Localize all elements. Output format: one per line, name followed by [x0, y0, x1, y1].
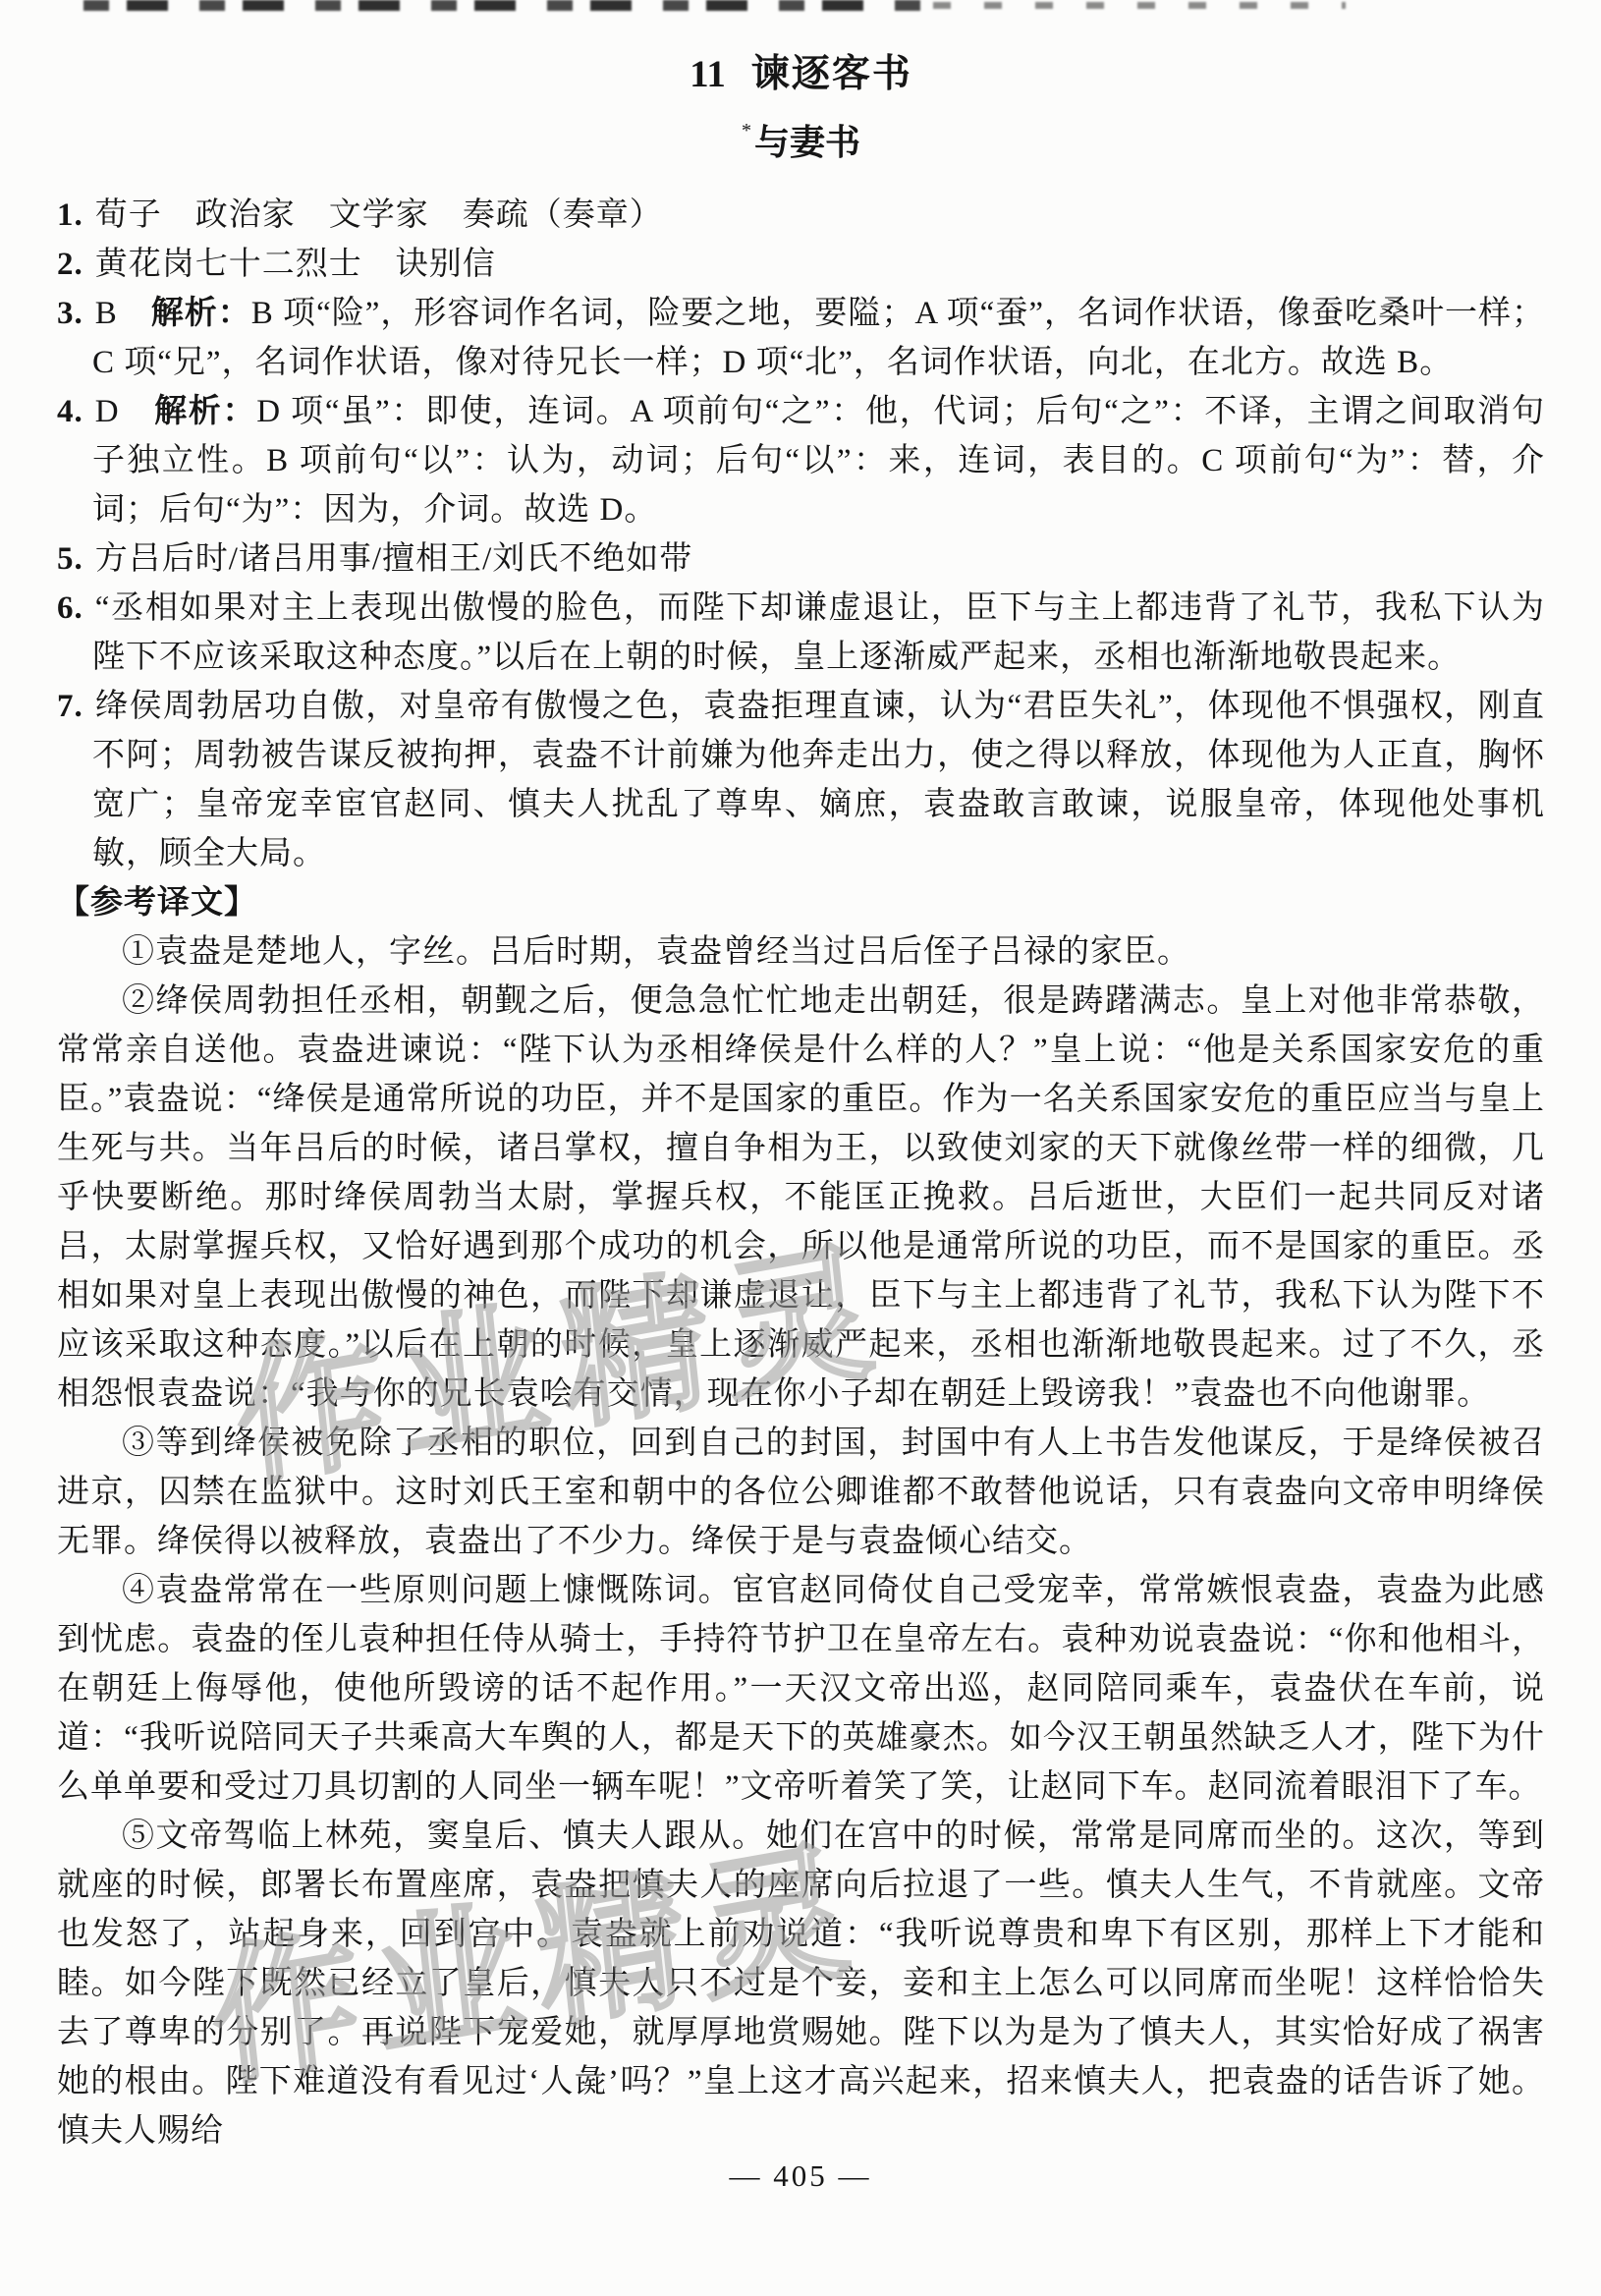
answer-text: 荀子 政治家 文学家 奏疏（奏章）: [95, 197, 663, 233]
answer-text: B 项“险”，形容词作名词，险要之地，要隘；A 项“蚕”，名词作状语，像蚕吃桑叶…: [92, 296, 1545, 380]
answer-text: D: [95, 394, 154, 429]
lesson-subtitle: *与妻书: [57, 108, 1545, 165]
answer-row: 6.“丞相如果对主上表现出傲慢的脸色，而陛下却谦虚退让，臣下与主上都违背了礼节，…: [57, 584, 1545, 682]
translation-paragraph: ②绛侯周勃担任丞相，朝觐之后，便急急忙忙地走出朝廷，很是踌躇满志。皇上对他非常恭…: [57, 977, 1545, 1419]
answer-text: 绛侯周勃居功自傲，对皇帝有傲慢之色，袁盎拒理直谏，认为“君臣失礼”，体现他不惧强…: [92, 689, 1545, 871]
translation-header: 【参考译文】: [57, 878, 1545, 927]
answer-row: 3.B 解析：B 项“险”，形容词作名词，险要之地，要隘；A 项“蚕”，名词作状…: [57, 289, 1545, 387]
lesson-number: 11: [690, 53, 726, 95]
translation-paragraphs: ①袁盎是楚地人，字丝。吕后时期，袁盎曾经当过吕后侄子吕禄的家臣。②绛侯周勃担任丞…: [57, 927, 1545, 2156]
answer-number: 5.: [57, 541, 83, 577]
answer-row: 1.荀子 政治家 文学家 奏疏（奏章）: [57, 191, 1545, 240]
page-number: — 405 —: [0, 2158, 1601, 2194]
translation-section: 【参考译文】 ①袁盎是楚地人，字丝。吕后时期，袁盎曾经当过吕后侄子吕禄的家臣。②…: [57, 878, 1545, 2156]
answer-text: 黄花岗七十二烈士 诀别信: [95, 247, 496, 282]
answer-row: 5.方吕后时/诸吕用事/擅相王/刘氏不绝如带: [57, 534, 1545, 584]
scan-artifact-top: [83, 0, 928, 11]
answer-number: 3.: [57, 296, 83, 331]
answers-list: 1.荀子 政治家 文学家 奏疏（奏章）2.黄花岗七十二烈士 诀别信3.B 解析：…: [57, 191, 1545, 878]
lesson-subtitle-text: 与妻书: [754, 123, 860, 162]
answer-number: 6.: [57, 590, 83, 626]
answer-number: 4.: [57, 394, 83, 429]
jiexi-label: 解析：: [154, 394, 256, 429]
answer-row: 4.D 解析：D 项“虽”：即使，连词。A 项前句“之”：他，代词；后句“之”：…: [57, 387, 1545, 534]
answer-number: 1.: [57, 197, 83, 233]
translation-paragraph: ③等到绛侯被免除了丞相的职位，回到自己的封国，封国中有人上书告发他谋反，于是绛侯…: [57, 1419, 1545, 1566]
answer-text: D 项“虽”：即使，连词。A 项前句“之”：他，代词；后句“之”：不译，主谓之间…: [92, 394, 1545, 528]
answer-text: “丞相如果对主上表现出傲慢的脸色，而陛下却谦虚退让，臣下与主上都违背了礼节，我私…: [92, 590, 1545, 675]
answer-row: 7.绛侯周勃居功自傲，对皇帝有傲慢之色，袁盎拒理直谏，认为“君臣失礼”，体现他不…: [57, 682, 1545, 878]
answer-row: 2.黄花岗七十二烈士 诀别信: [57, 240, 1545, 289]
footnote-asterisk: *: [742, 120, 751, 141]
page-content: 11谏逐客书 *与妻书 1.荀子 政治家 文学家 奏疏（奏章）2.黄花岗七十二烈…: [57, 51, 1545, 2156]
lesson-title: 11谏逐客书: [57, 51, 1545, 98]
scan-artifact-top-right: [933, 2, 1346, 9]
answer-number: 2.: [57, 247, 83, 282]
jiexi-label: 解析：: [151, 296, 251, 331]
lesson-title-text: 谏逐客书: [751, 53, 912, 95]
answer-text: B: [95, 296, 151, 331]
translation-paragraph: ①袁盎是楚地人，字丝。吕后时期，袁盎曾经当过吕后侄子吕禄的家臣。: [57, 927, 1545, 977]
translation-paragraph: ⑤文帝驾临上林苑，窦皇后、慎夫人跟从。她们在宫中的时候，常常是同席而坐的。这次，…: [57, 1812, 1545, 2156]
translation-paragraph: ④袁盎常常在一些原则问题上慷慨陈词。宦官赵同倚仗自己受宠幸，常常嫉恨袁盎，袁盎为…: [57, 1566, 1545, 1812]
answer-text: 方吕后时/诸吕用事/擅相王/刘氏不绝如带: [95, 541, 693, 577]
answer-number: 7.: [57, 689, 83, 724]
textbook-page: 11谏逐客书 *与妻书 1.荀子 政治家 文学家 奏疏（奏章）2.黄花岗七十二烈…: [0, 0, 1601, 2296]
